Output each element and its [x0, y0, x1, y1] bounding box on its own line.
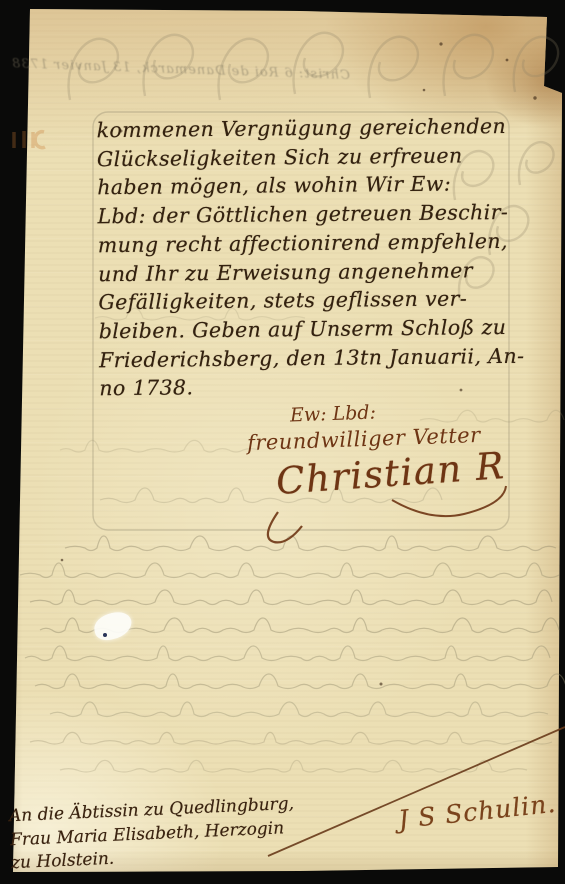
- docket-diagonal-stroke: [268, 727, 565, 856]
- paper-blemish-dot: [103, 633, 107, 637]
- signature-flourish-loop: [268, 512, 302, 542]
- ink-flourish-layer: [0, 0, 565, 884]
- signature-flourish-tail: [392, 486, 506, 516]
- scan-background: { "document": { "kind": "Handwritten roy…: [0, 0, 565, 884]
